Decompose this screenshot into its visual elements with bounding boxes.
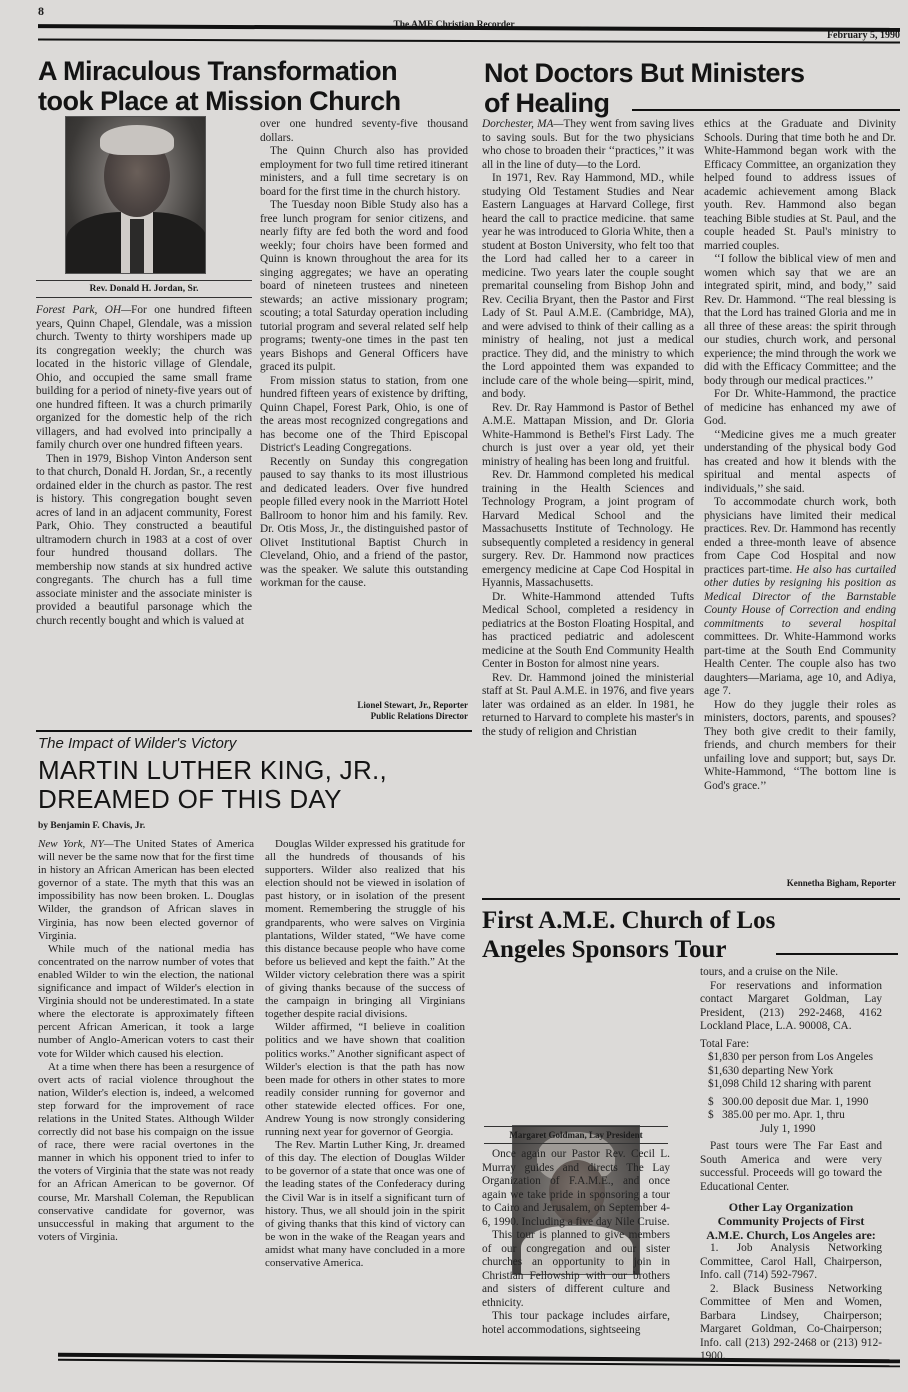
article3-column1: New York, NY—The United States of Americ… [38,838,254,1244]
article2-paragraph: Dr. White-Hammond attended Tufts Medical… [482,591,694,672]
article3-paragraph: Douglas Wilder expressed his gratitude f… [265,838,465,1021]
article2-headline-line2: of Healing [484,88,805,118]
article4-headline-line1: First A.M.E. Church of Los [482,906,775,935]
article1-paragraph: Then in 1979, Bishop Vinton Anderson sen… [36,453,252,629]
article2-paragraph: ethics at the Graduate and Divinity Scho… [704,118,896,253]
fare-item: $1,830 per person from Los Angeles [700,1051,882,1065]
reporter-title: Public Relations Director [260,711,468,722]
section-divider [482,898,900,900]
article2-headline-line1: Not Doctors But Ministers [484,58,805,88]
project-item: 2. Black Business Networking Committee o… [700,1283,882,1364]
article4-paragraph: Past tours were The Far East and South A… [700,1140,882,1194]
article2-paragraph: How do they juggle their roles as minist… [704,699,896,794]
payment-end-date: July 1, 1990 [700,1123,882,1137]
article2-dateline: Dorchester, MA— [482,118,563,130]
article3-byline: by Benjamin F. Chavis, Jr. [38,821,145,831]
article4-paragraph: For reservations and information contact… [700,980,882,1034]
article2-text: committees. Dr. White-Hammond works part… [704,631,896,697]
article3-column2: Douglas Wilder expressed his gratitude f… [265,838,465,1270]
article3-paragraph: Wilder affirmed, “I believe in coalition… [265,1021,465,1139]
article1-headline-line1: A Miraculous Transformation [38,56,401,86]
payment-item: $ 385.00 per mo. Apr. 1, thru [700,1109,882,1123]
article4-headline: First A.M.E. Church of Los Angeles Spons… [482,906,775,964]
masthead-rule-thin [38,38,900,43]
article4-paragraph: tours, and a cruise on the Nile. [700,966,882,980]
headline-rule [776,953,898,955]
article2-paragraph: Rev. Dr. Ray Hammond is Pastor of Bethel… [482,402,694,470]
article1-paragraph: The Tuesday noon Bible Study also has a … [260,199,468,375]
article4-column1: Once again our Pastor Rev. Cecil L. Murr… [482,1148,670,1337]
project-item: 1. Job Analysis Networking Committee, Ca… [700,1242,882,1283]
page-number: 8 [38,4,44,19]
article3-paragraph: The United States of America will never … [38,838,254,942]
article4-paragraph: Once again our Pastor Rev. Cecil L. Murr… [482,1148,670,1229]
article3-paragraph: While much of the national media has con… [38,943,254,1061]
article2-byline: Kennetha Bigham, Reporter [704,878,896,889]
article2-column1: Dorchester, MA—They went from saving liv… [482,118,694,739]
article3-paragraph: At a time when there has been a resurgen… [38,1061,254,1244]
article2-paragraph: ‘‘I follow the biblical view of men and … [704,253,896,388]
payment-item: $ 300.00 deposit due Mar. 1, 1990 [700,1096,882,1110]
article1-paragraph: From mission status to station, from one… [260,375,468,456]
article2-paragraph: ‘‘Medicine gives me a much greater under… [704,429,896,497]
article1-paragraph: Recently on Sunday this congregation pau… [260,456,468,591]
fare-item: $1,098 Child 12 sharing with parent [700,1078,882,1092]
article1-column1: Forest Park, OH—For one hundred fifteen … [36,304,252,628]
article2-paragraph: For Dr. White-Hammond, the practice of m… [704,388,896,429]
article2-column2: ethics at the Graduate and Divinity Scho… [704,118,896,793]
article4-paragraph: This tour is planned to give members of … [482,1229,670,1310]
article2-paragraph: Rev. Dr. Hammond completed his medical t… [482,469,694,591]
article3-headline: MARTIN LUTHER KING, JR., DREAMED OF THIS… [38,756,387,814]
article1-column2: over one hundred seventy-five thousand d… [260,118,468,591]
article1-byline: Lionel Stewart, Jr., Reporter Public Rel… [260,700,468,722]
article4-headline-line2: Angeles Sponsors Tour [482,935,775,964]
article2-paragraph: In 1971, Rev. Ray Hammond, MD., while st… [482,172,694,402]
article3-headline-line1: MARTIN LUTHER KING, JR., [38,756,387,785]
article4-column2: tours, and a cruise on the Nile. For res… [700,966,882,1364]
photo-caption-jordan: Rev. Donald H. Jordan, Sr. [36,280,252,298]
article3-kicker: The Impact of Wilder's Victory [38,735,236,752]
article3-paragraph: The Rev. Martin Luther King, Jr. dreamed… [265,1139,465,1270]
article1-headline: A Miraculous Transformation took Place a… [38,56,401,116]
article4-paragraph: This tour package includes airfare, hote… [482,1310,670,1337]
article1-paragraph: over one hundred seventy-five thousand d… [260,118,468,145]
article1-paragraph: The Quinn Church also has provided emplo… [260,145,468,199]
headline-rule [632,109,900,111]
article1-headline-line2: took Place at Mission Church [38,86,401,116]
reporter-name: Lionel Stewart, Jr., Reporter [260,700,468,711]
projects-heading: Other Lay Organization Community Project… [700,1200,882,1242]
photo-donald-jordan [65,116,206,274]
article3-headline-line2: DREAMED OF THIS DAY [38,785,387,814]
article2-paragraph: To accommodate church work, both physici… [704,496,896,699]
fare-item: $1,630 departing New York [700,1065,882,1079]
article3-dateline: New York, NY— [38,838,114,850]
section-divider [36,730,472,732]
fare-label: Total Fare: [700,1038,882,1052]
article1-dateline: Forest Park, OH— [36,304,131,316]
article2-paragraph: Rev. Dr. Hammond joined the ministerial … [482,672,694,740]
article1-paragraph: For one hundred fifteen years, Quinn Cha… [36,304,252,451]
photo-caption-goldman: Margaret Goldman, Lay President [484,1126,668,1144]
